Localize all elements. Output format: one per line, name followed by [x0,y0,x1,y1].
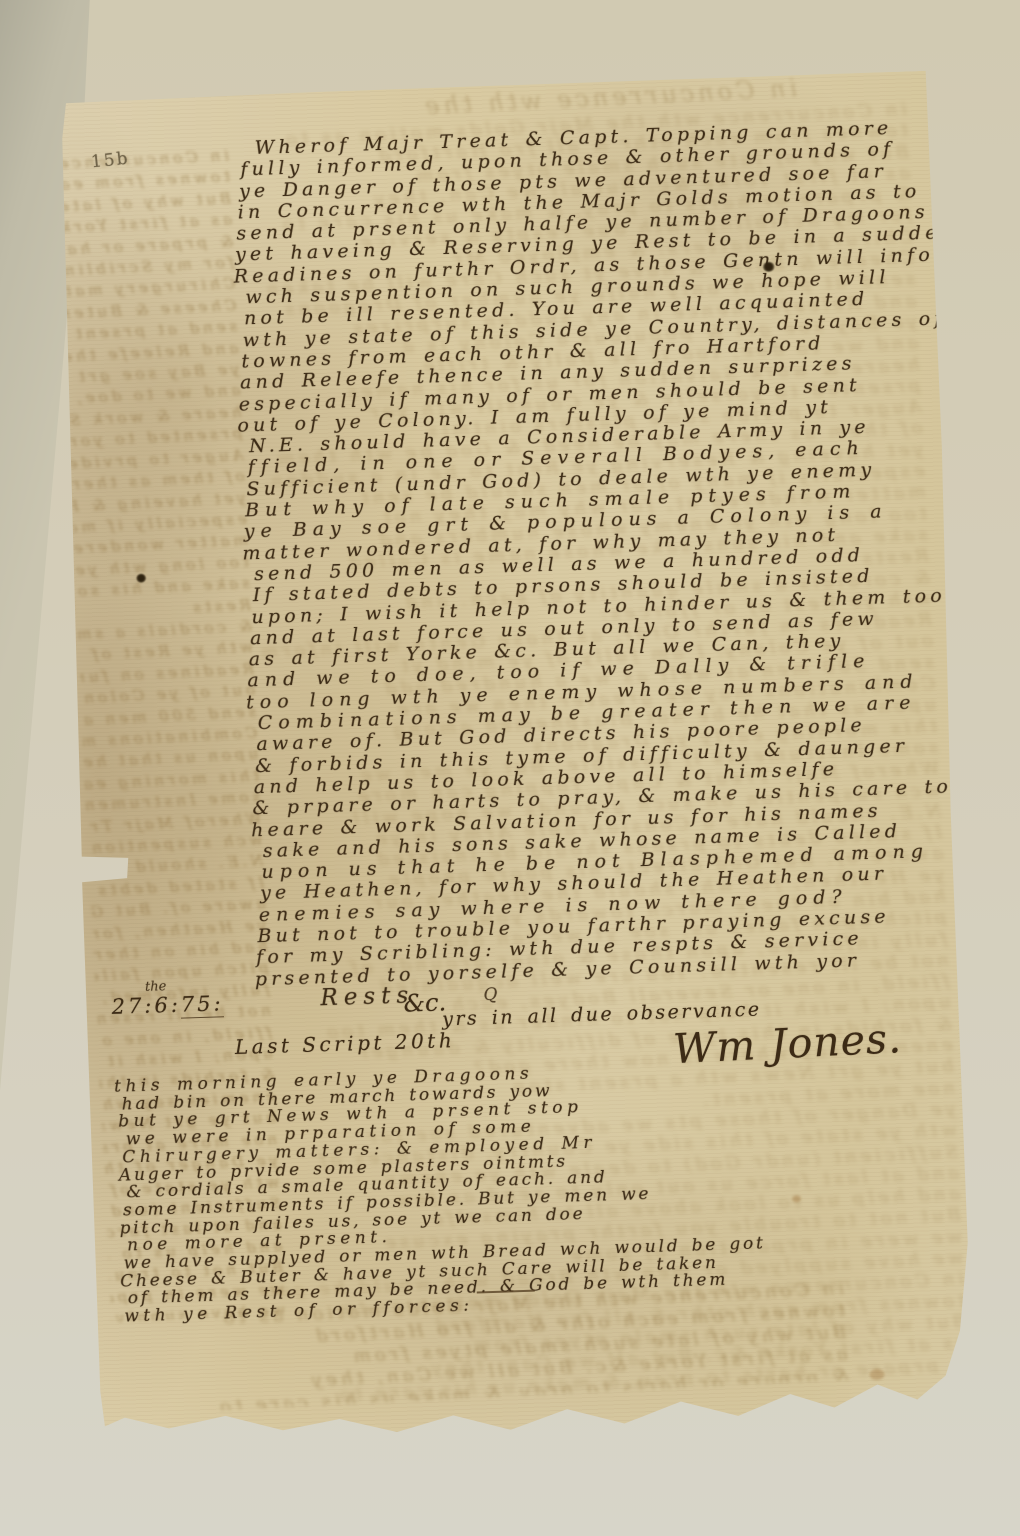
etcetera-flourish: &c. [403,988,446,1017]
foxing-spot [869,1369,884,1380]
folio-number: 15b [90,149,130,173]
postscript-heading: Last Script 20th [235,1028,456,1059]
manuscript-page: in Concurrence wth the in Concurrence wt… [57,71,975,1446]
small-flourish: Q [483,985,498,1005]
photo-background: in Concurrence wth the in Concurrence wt… [0,0,1020,1536]
ink-blot [136,574,146,583]
date-daymonth: 27:6: [111,993,181,1019]
letter-body: Wherof Majr Treat & Capt. Topping can mo… [234,117,961,1012]
date-year: 75: [180,991,224,1018]
postscript-body: this morning early ye Dragoonshad bin on… [118,1053,935,1326]
date-notation: 27:6:75: [111,991,224,1019]
